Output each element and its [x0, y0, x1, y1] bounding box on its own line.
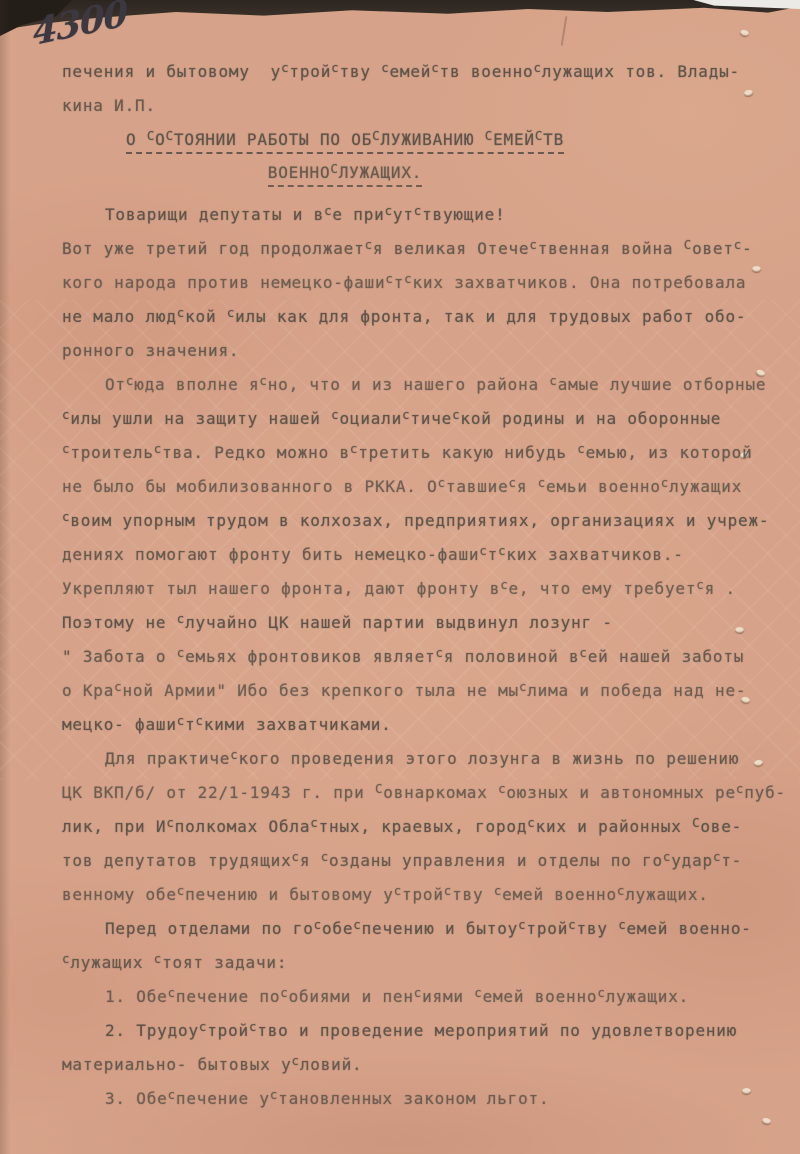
- text-line: о Красной Армии" Ибо без крепкого тыла н…: [62, 674, 800, 708]
- paper-damage-speck: [739, 29, 749, 37]
- text-line: силы ушли на защиту нашей социалистическ…: [62, 402, 800, 436]
- text-line: Поэтому не случайно ЦК нашей партии выдв…: [62, 606, 800, 640]
- text-line: Вот уже третий год продолжается великая …: [62, 232, 800, 266]
- text-line: венному обеспечению и бытовому устройств…: [62, 878, 800, 912]
- text-line: Товарищи депутаты и все присутствующие!: [62, 198, 800, 232]
- text-line: Для практического проведения этого лозун…: [62, 742, 800, 776]
- text-line: не мало людской силы как для фронта, так…: [62, 300, 800, 334]
- text-line: не было бы мобилизованного в РККА. Остав…: [62, 470, 800, 504]
- document-title: О СОСТОЯНИИ РАБОТЫ ПО ОБСЛУЖИВАНИЮ СЕМЕЙ…: [62, 123, 628, 189]
- header-paragraph: печения и бытовому устройству семейств в…: [62, 55, 800, 123]
- typewritten-text-column: печения и бытовому устройству семейств в…: [62, 55, 800, 1116]
- left-edge-shadow: [0, 0, 10, 1154]
- text-line: кого народа против немецко-фашистских за…: [62, 266, 800, 300]
- text-line: строительства. Редко можно встретить как…: [62, 436, 800, 470]
- text-line: своим упорным трудом в колхозах, предпри…: [62, 504, 800, 538]
- title-line-1: О СОСТОЯНИИ РАБОТЫ ПО ОБСЛУЖИВАНИЮ СЕМЕЙ…: [126, 130, 564, 154]
- text-line: лик, при Исполкомах Областных, краевых, …: [62, 810, 800, 844]
- text-line: 1. Обеспечение пособиями и пенсиями семе…: [62, 980, 800, 1014]
- text-line: мецко- фашистскими захватчиками.: [62, 708, 800, 742]
- text-line: печения и бытовому устройству семейств в…: [62, 55, 800, 89]
- text-line: служащих стоят задачи:: [62, 946, 800, 980]
- text-line: ронного значения.: [62, 334, 800, 368]
- text-line: дениях помогают фронту бить немецко-фаши…: [62, 538, 800, 572]
- scanned-document-page: 4300 печения и бытовому устройству семей…: [0, 0, 800, 1154]
- handwritten-archive-number: 4300: [32, 0, 128, 54]
- text-line: 2. Трудоустройство и проведение мероприя…: [62, 1014, 800, 1048]
- text-line: кина И.П.: [62, 89, 800, 123]
- text-line: материально- бытовых условий.: [62, 1048, 800, 1082]
- text-line: " Забота о семьях фронтовиков является п…: [62, 640, 800, 674]
- paper-damage-speck: [761, 1117, 771, 1125]
- text-line: Укрепляют тыл нашего фронта, дают фронту…: [62, 572, 800, 606]
- title-line-2: ВОЕННОСЛУЖАЩИХ.: [268, 163, 422, 187]
- body-paragraphs: Товарищи депутаты и все присутствующие!В…: [62, 198, 800, 1116]
- text-line: тов депутатов трудящихся созданы управле…: [62, 844, 800, 878]
- text-line: ЦК ВКП/б/ от 22/1-1943 г. при Совнаркома…: [62, 776, 800, 810]
- text-line: 3. Обеспечение установленных законом льг…: [62, 1082, 800, 1116]
- paper-crease-mark: [561, 16, 568, 46]
- text-line: Перед отделами по гособеспечению и бытоу…: [62, 912, 800, 946]
- text-line: Отсюда вполне ясно, что и из нашего райо…: [62, 368, 800, 402]
